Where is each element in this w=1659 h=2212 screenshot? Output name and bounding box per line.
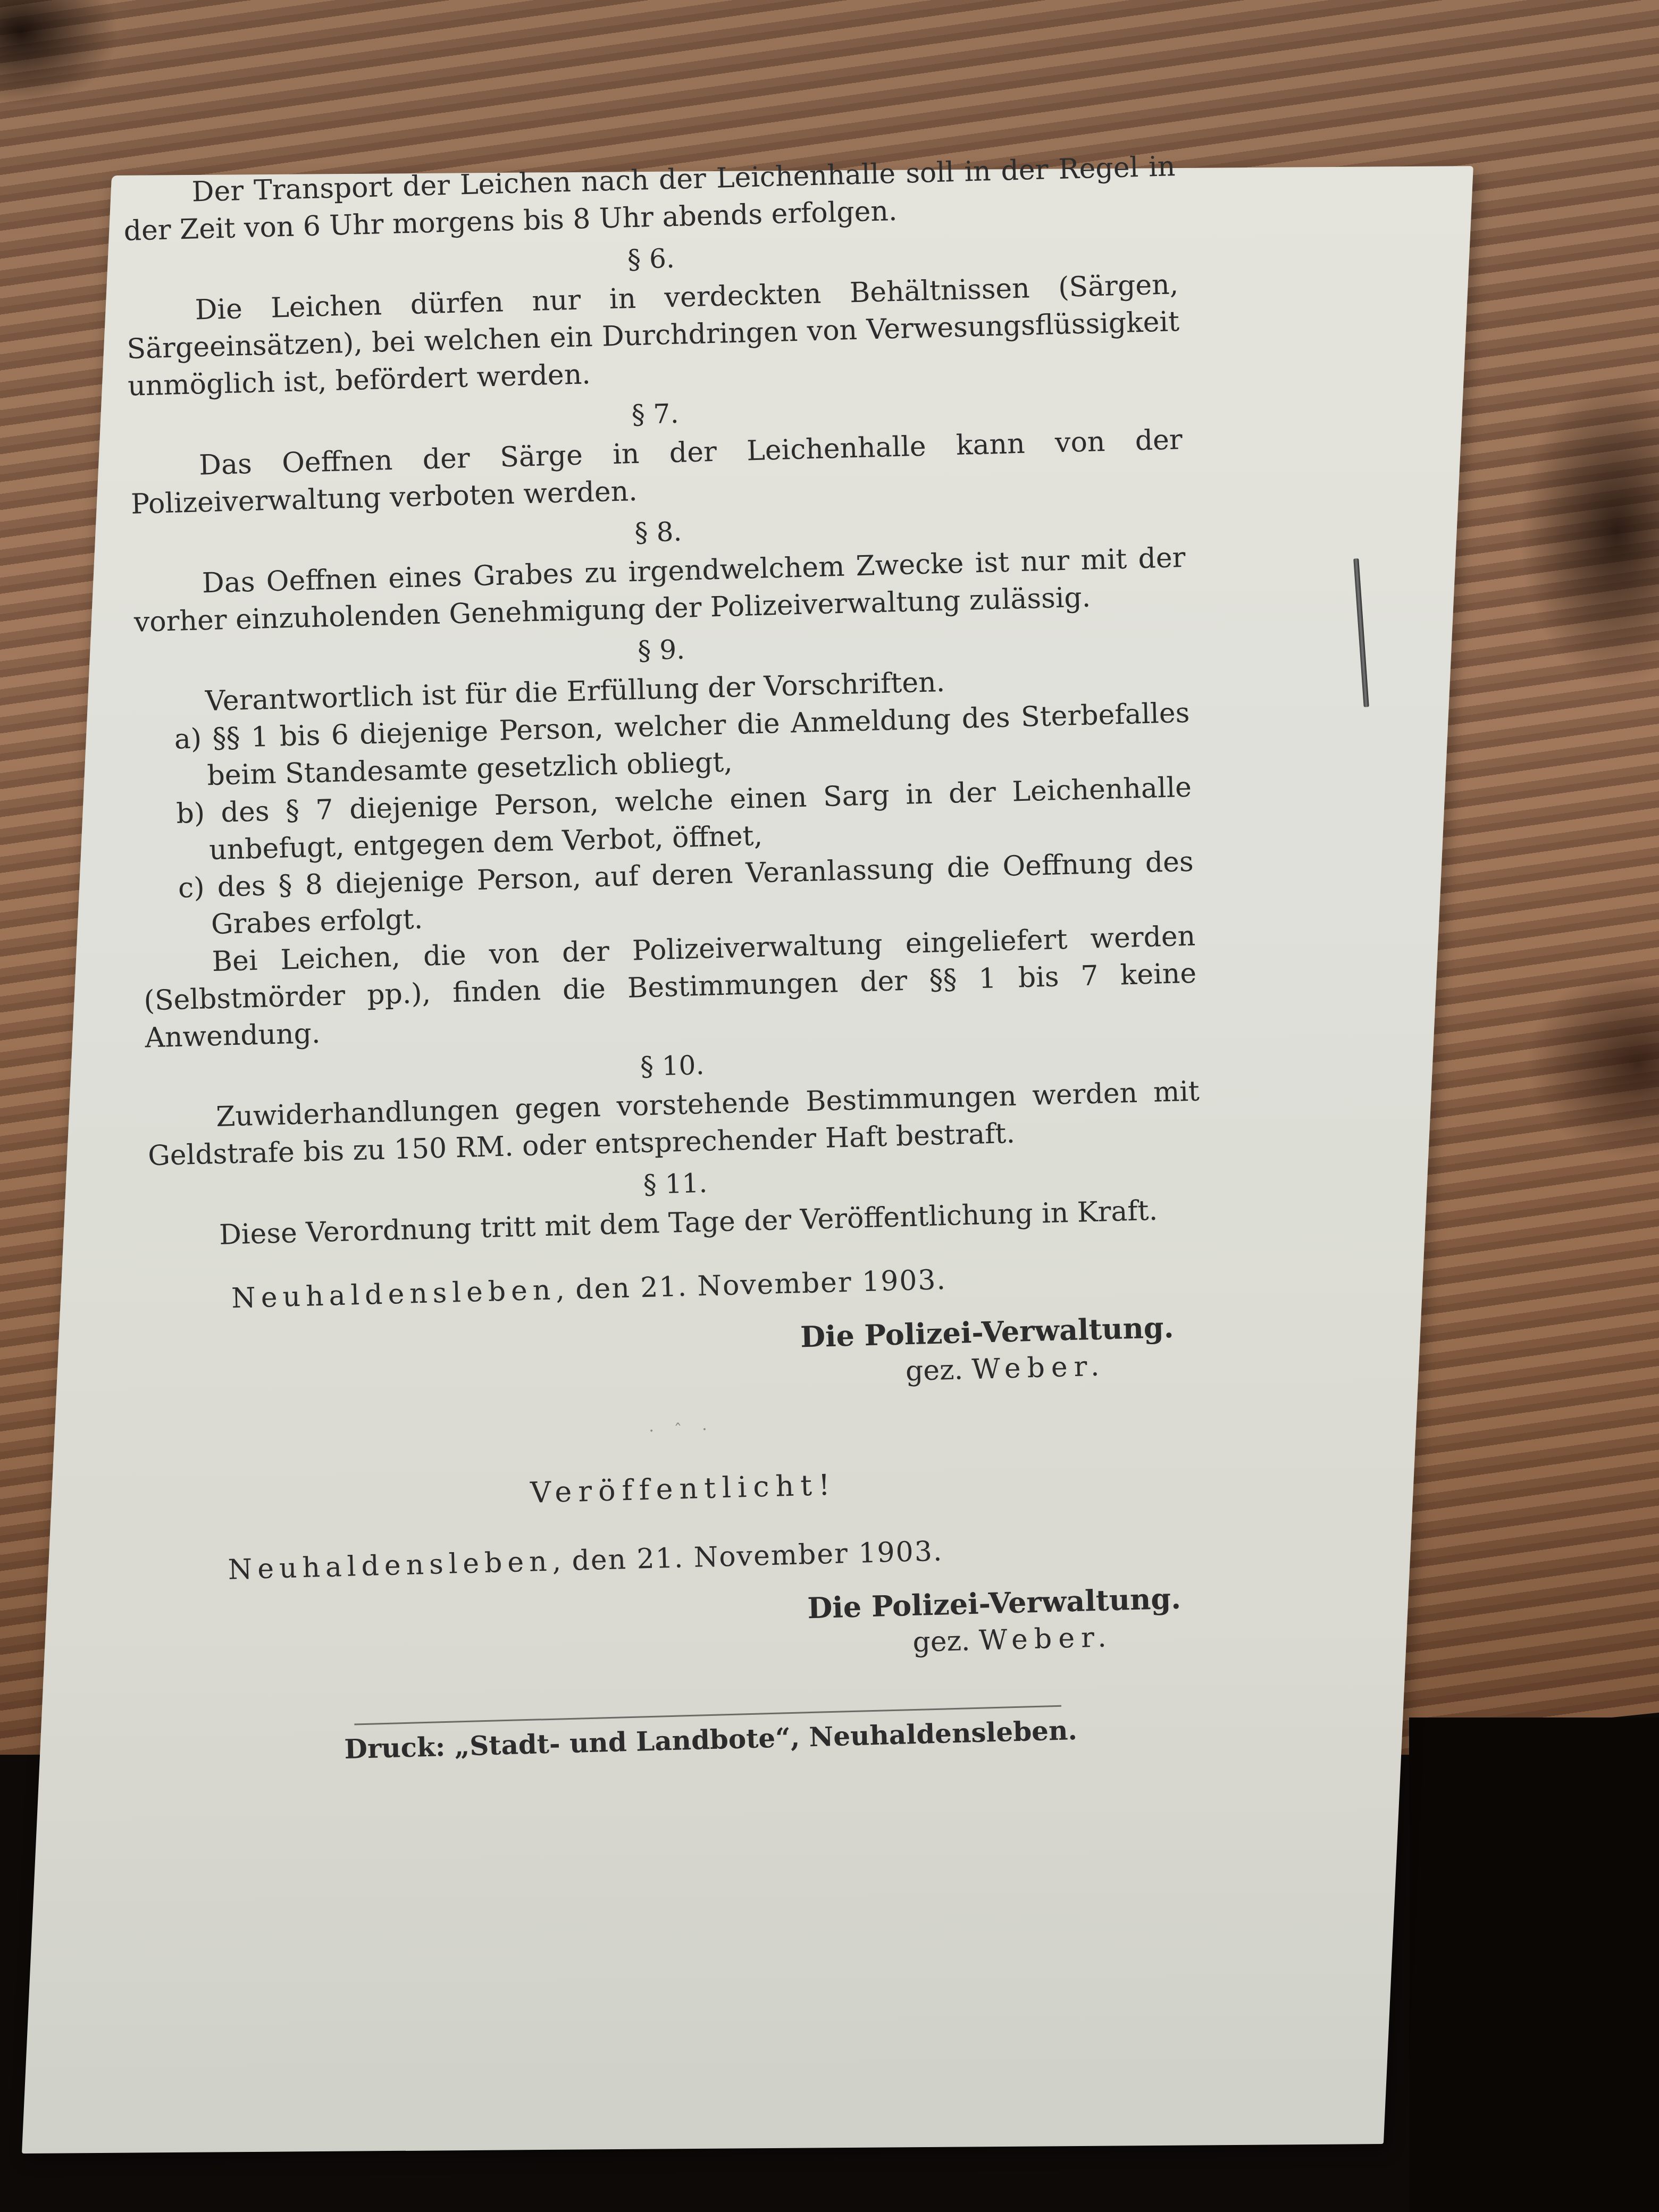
signature-block-2: Die Polizei-Verwaltung. gez. Weber. [160,1579,1214,1681]
place-date-2: Neuhaldensleben, den 21. November 1903. [158,1526,1212,1590]
signed-name: Weber. [971,1350,1106,1386]
signed-prefix: gez. [912,1625,971,1658]
item-label: b) [176,797,205,829]
place-date-1: Neuhaldensleben, den 21. November 1903. [152,1254,1205,1319]
published-heading: Veröffentlicht! [156,1456,1210,1521]
item-label: c) [178,872,205,904]
dark-floor-background [1409,1717,1659,2212]
date-text: , den 21. November 1903. [555,1264,946,1306]
date-text: , den 21. November 1903. [552,1535,943,1577]
place-name: Neuhaldensleben [231,1274,556,1314]
signature-block-1: Die Polizei-Verwaltung. gez. Weber. [153,1308,1207,1410]
signed-prefix: gez. [905,1354,963,1387]
item-label: a) [174,723,202,755]
place-name: Neuhaldensleben [228,1546,552,1586]
document-content: Der Transport der Leichen nach der Leich… [122,148,1217,1773]
divider: · ˆ · [155,1398,1209,1463]
signed-name: Weber. [978,1621,1113,1657]
